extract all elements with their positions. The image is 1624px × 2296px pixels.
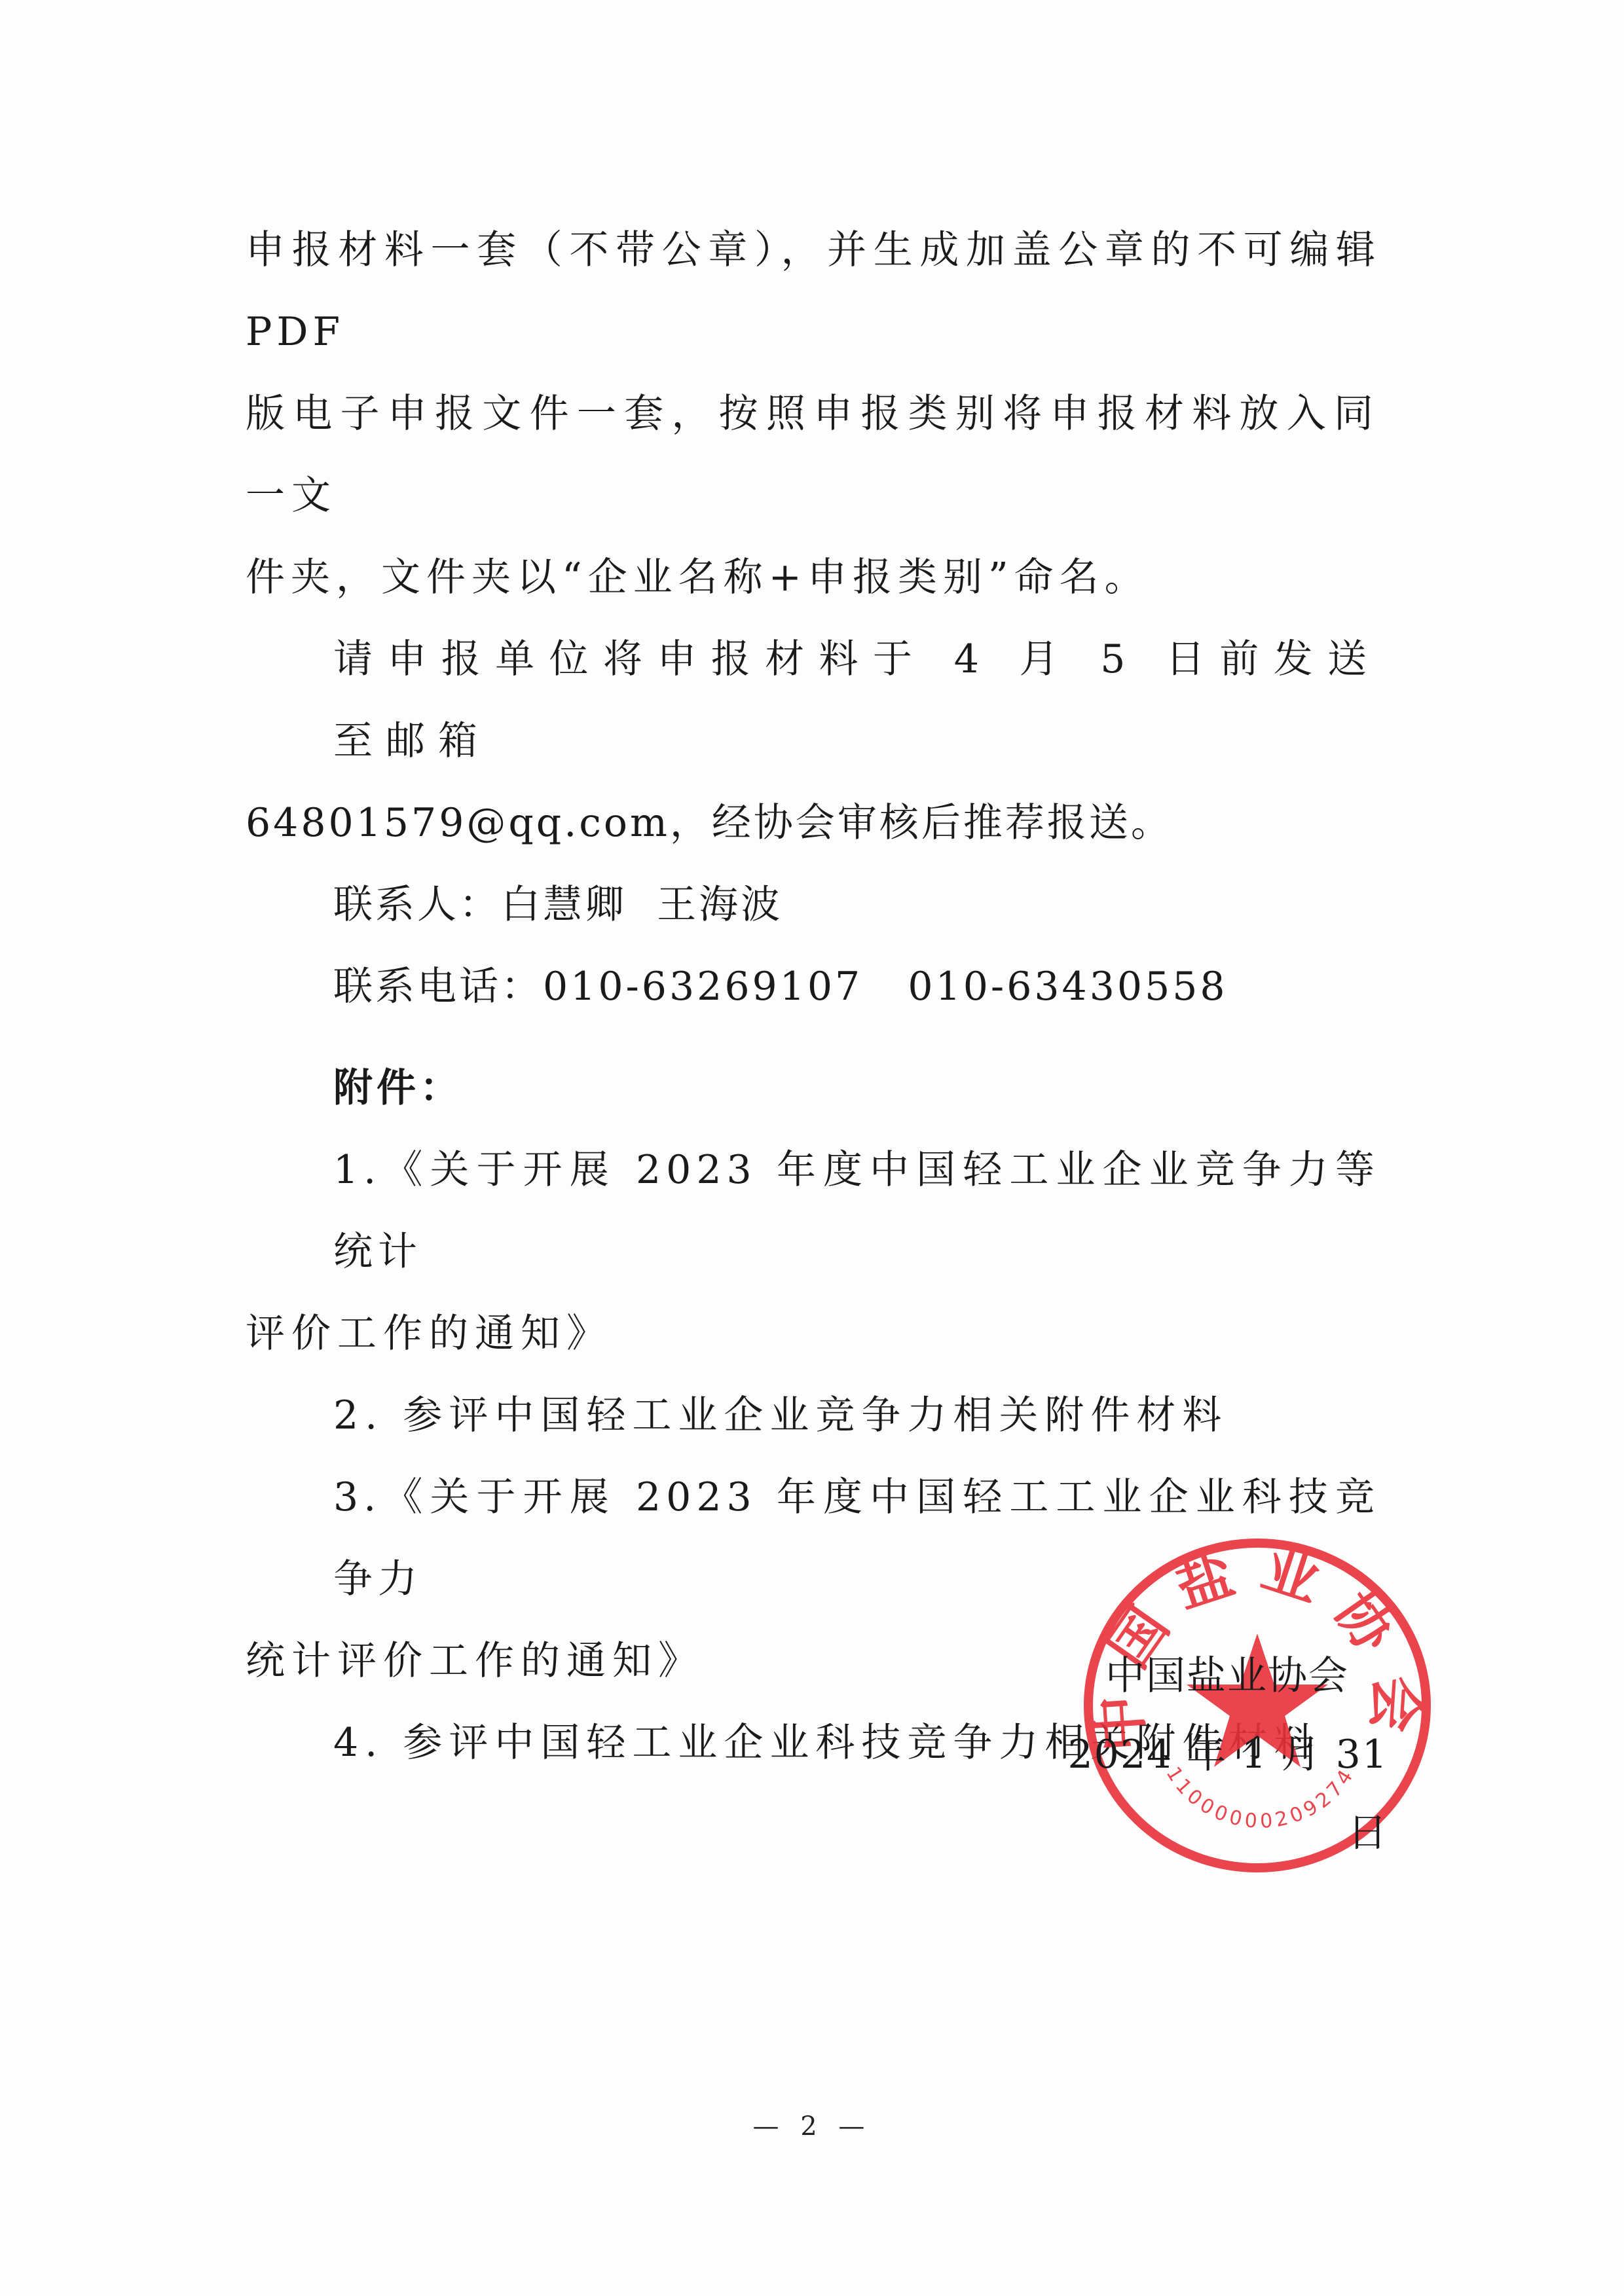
paragraph-submission-format: 申报材料一套（不带公章），并生成加盖公章的不可编辑 PDF 版电子申报文件一套，… — [246, 210, 1380, 619]
text-line: 1.《关于开展 2023 年度中国轻工业企业竞争力等统计 — [246, 1129, 1380, 1293]
text-line: 2. 参评中国轻工业企业竞争力相关附件材料 — [246, 1375, 1380, 1457]
page-number: — 2 — — [0, 2111, 1624, 2141]
attachment-item-1: 1.《关于开展 2023 年度中国轻工业企业竞争力等统计 评价工作的通知》 — [246, 1129, 1380, 1375]
signature-organization: 中国盐业协会 — [1035, 1637, 1388, 1715]
text-line: 申报材料一套（不带公章），并生成加盖公章的不可编辑 PDF — [246, 210, 1380, 373]
contact-phone-2: 010-63430558 — [908, 964, 1227, 1010]
text-line: 版电子申报文件一套，按照申报类别将申报材料放入同一文 — [246, 373, 1380, 537]
document-page: 申报材料一套（不带公章），并生成加盖公章的不可编辑 PDF 版电子申报文件一套，… — [0, 0, 1624, 2296]
text-line: 64801579@qq.com，经协会审核后推荐报送。 — [246, 782, 1380, 864]
contact-people-names: 白慧卿 王海波 — [501, 882, 783, 928]
attachments-heading: 附件： — [246, 1048, 1380, 1129]
signature-date: 2024 年 1 月 31 日 — [1035, 1715, 1388, 1872]
signature-block: 中国盐业协会 2024 年 1 月 31 日 — [1035, 1637, 1388, 1872]
contact-people-label: 联系人： — [333, 882, 501, 928]
text-line: 件夹，文件夹以“企业名称+申报类别”命名。 — [246, 537, 1380, 619]
contact-phone-label: 联系电话： — [333, 964, 543, 1010]
text-line: 评价工作的通知》 — [246, 1293, 1380, 1375]
contact-phone: 联系电话：010-63269107 010-63430558 — [246, 946, 1380, 1028]
contact-people: 联系人：白慧卿 王海波 — [246, 864, 1380, 946]
text-line: 请申报单位将申报材料于 4 月 5 日前发送至邮箱 — [246, 619, 1380, 782]
attachment-item-2: 2. 参评中国轻工业企业竞争力相关附件材料 — [246, 1375, 1380, 1457]
spacer — [246, 1028, 1380, 1048]
contact-phone-1: 010-63269107 — [543, 964, 862, 1010]
paragraph-submission-deadline: 请申报单位将申报材料于 4 月 5 日前发送至邮箱 64801579@qq.co… — [246, 619, 1380, 864]
